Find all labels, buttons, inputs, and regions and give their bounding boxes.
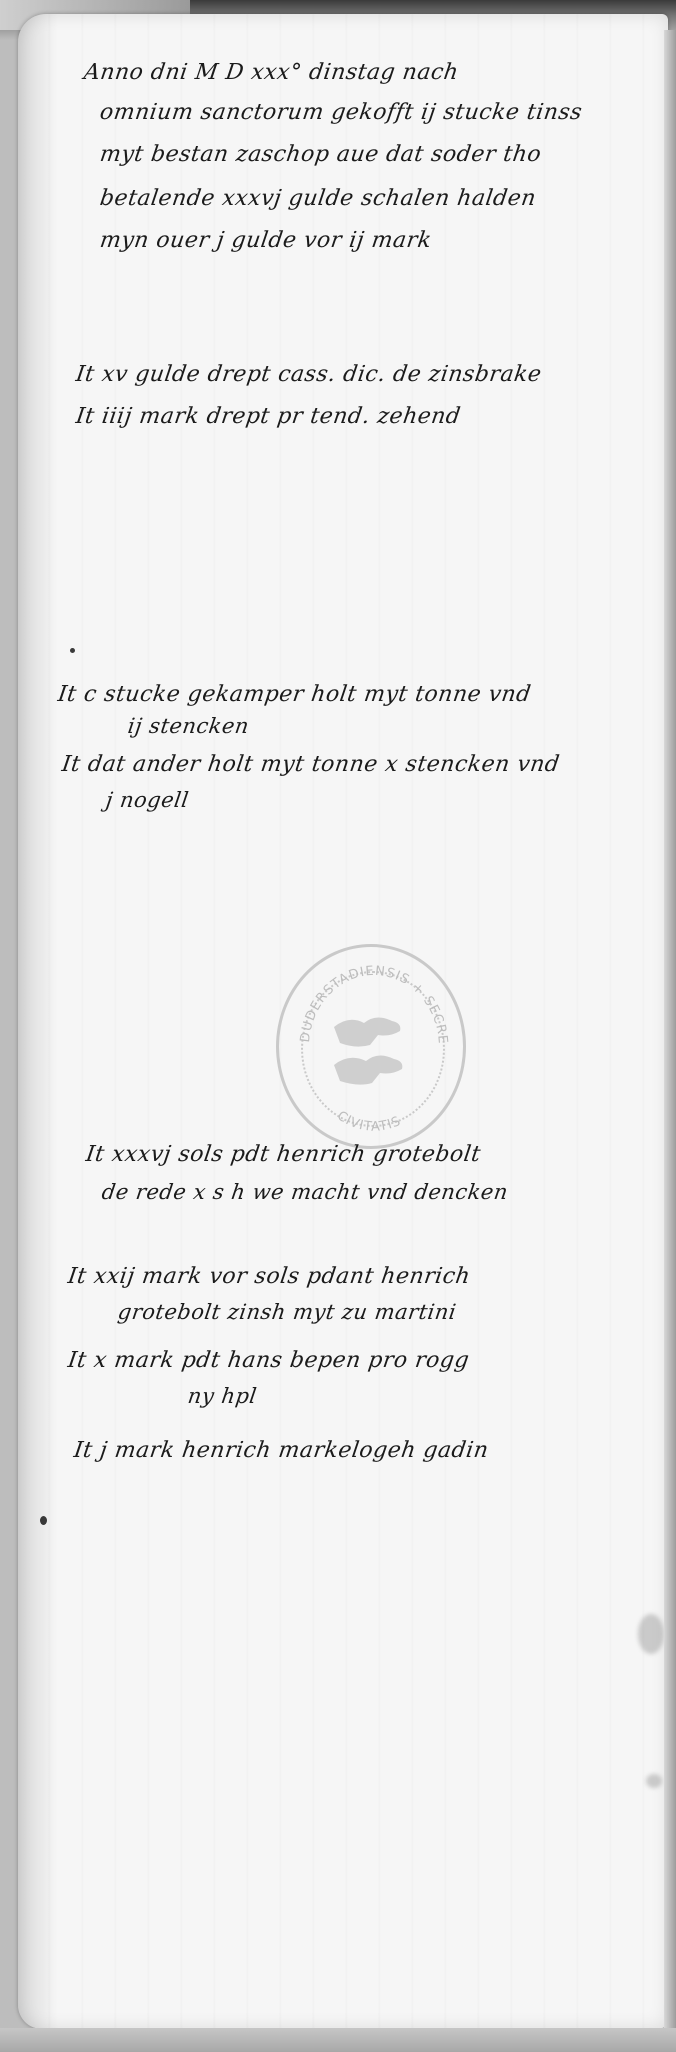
- entry-item-6-line-2: grotebolt zinsh myt zu martini: [116, 1300, 458, 1324]
- ink-blot: [40, 1516, 47, 1525]
- page-bottom-edge: [0, 2028, 676, 2052]
- entry-item-1: It xv gulde drept cass. dic. de zinsbrak…: [74, 362, 543, 387]
- archive-stamp: DUDERSTADIENSIS + SECRETUM CIVITATIS: [276, 944, 466, 1149]
- heading-line-1: Anno dni M D xxx° dinstag nach: [82, 60, 460, 85]
- entry-item-4-line-2: j nogell: [104, 788, 190, 812]
- paper-stain: [646, 1774, 662, 1788]
- entry-item-7-line-1: It x mark pdt hans bepen pro rogg: [66, 1348, 471, 1373]
- entry-item-3-line-2: ij stencken: [126, 714, 250, 738]
- manuscript-page: Anno dni M D xxx° dinstag nach omnium sa…: [18, 14, 668, 2029]
- entry-item-3-line-1: It c stucke gekamper holt myt tonne vnd: [56, 682, 532, 707]
- heading-line-5: myn ouer j gulde vor ij mark: [98, 228, 433, 253]
- page-right-edge: [664, 30, 676, 2030]
- entry-item-6-line-1: It xxij mark vor sols pdant henrich: [66, 1264, 472, 1289]
- heading-line-3: myt bestan zaschop aue dat soder tho: [98, 142, 543, 167]
- heading-line-2: omnium sanctorum gekofft ij stucke tinss: [98, 100, 584, 125]
- entry-item-8: It j mark henrich markelogeh gadin: [72, 1438, 490, 1463]
- paper-stain: [638, 1614, 664, 1654]
- entry-item-7-line-2: ny hpl: [186, 1384, 258, 1408]
- svg-text:CIVITATIS: CIVITATIS: [334, 1108, 403, 1134]
- entry-item-5-line-1: It xxxvj sols pdt henrich grotebolt: [84, 1142, 482, 1167]
- two-lions-passant-icon: DUDERSTADIENSIS + SECRETUM CIVITATIS: [279, 947, 469, 1152]
- heading-line-4: betalende xxxvj gulde schalen halden: [98, 186, 537, 211]
- entry-item-4-line-1: It dat ander holt myt tonne x stencken v…: [60, 752, 561, 777]
- ink-dot: [70, 648, 75, 653]
- entry-item-5-line-2: de rede x s h we macht vnd dencken: [100, 1180, 509, 1204]
- entry-item-2: It iiij mark drept pr tend. zehend: [74, 404, 462, 429]
